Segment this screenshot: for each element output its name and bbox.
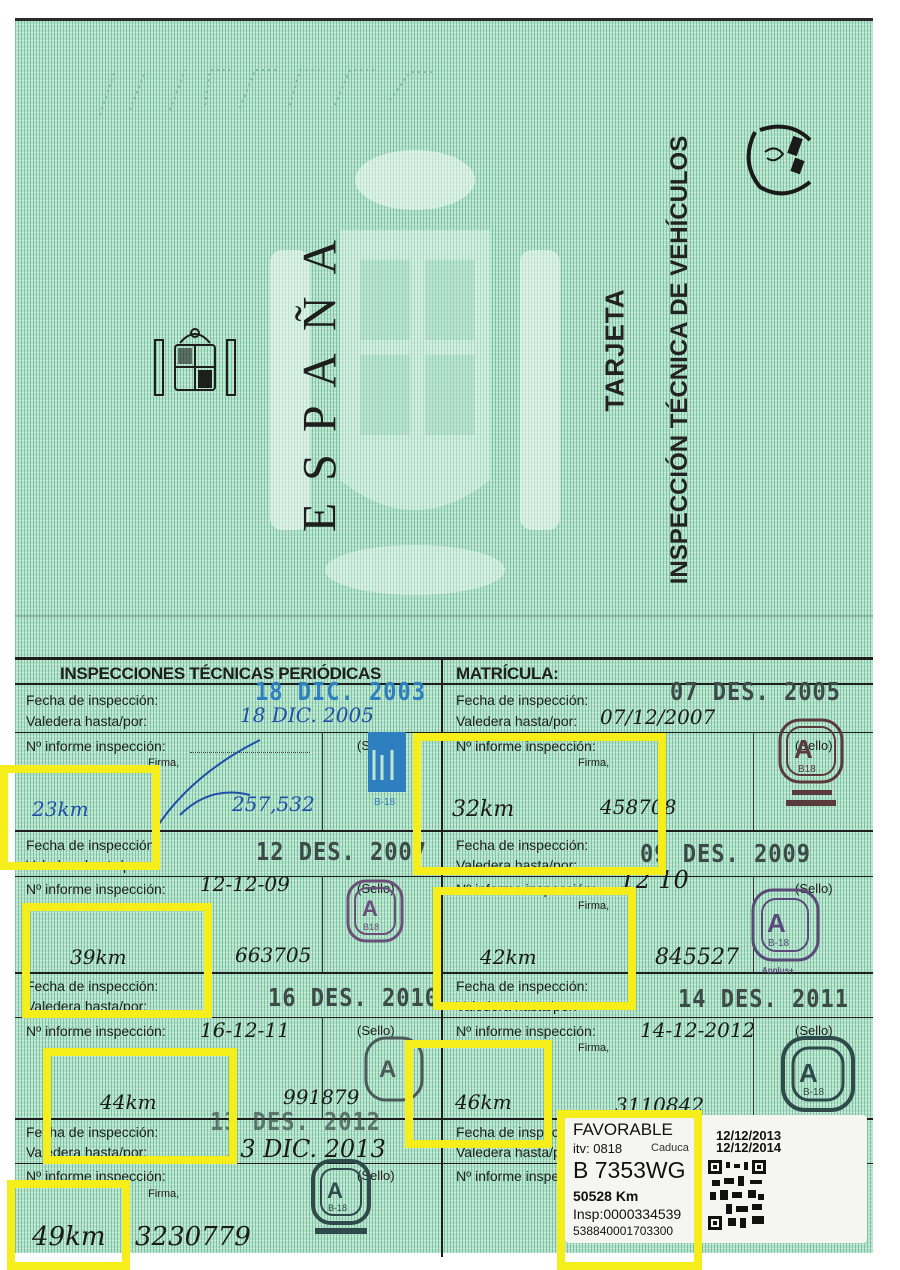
right-section-title: MATRÍCULA: (456, 664, 558, 684)
highlight-box (43, 1048, 237, 1164)
table-top-border (15, 657, 873, 660)
perforated-serial (90, 60, 450, 120)
label-informe: Nº informe inspección: (26, 881, 166, 897)
handwritten-report-no: 16-12-11 (200, 1018, 290, 1042)
svg-text:B-18: B-18 (328, 1203, 347, 1213)
applus-seal-icon: A B-18 (310, 1158, 372, 1238)
svg-text:A: A (767, 908, 786, 938)
label-firma: Firma, (148, 1188, 179, 1200)
country-text: ESPAÑA (293, 218, 348, 532)
highlight-box (0, 765, 160, 870)
label-informe: Nº informe inspección: (26, 1023, 166, 1039)
handwritten-number: 991879 (283, 1085, 359, 1109)
svg-text:B-18: B-18 (803, 1087, 825, 1098)
highlight-box (7, 1180, 130, 1270)
sticker-date-expiry: 12/12/2014 (716, 1140, 781, 1155)
svg-text:A: A (327, 1178, 343, 1203)
stamp-date: 07 DES. 2005 (670, 678, 841, 707)
svg-text:A: A (799, 1058, 818, 1088)
label-fecha: Fecha de inspección: (26, 692, 158, 708)
label-firma: Firma, (578, 1042, 609, 1054)
watermark-coat-of-arms (230, 140, 600, 610)
highlight-box (22, 903, 212, 1018)
signature-icon (150, 735, 270, 835)
applus-seal-icon: A B-18 (775, 1035, 865, 1125)
highlight-box (413, 733, 666, 875)
label-fecha: Fecha de inspección: (456, 692, 588, 708)
card-title: TARJETA (590, 270, 640, 430)
itv-seal-icon: B-18 (366, 730, 408, 810)
svg-text:B18: B18 (363, 922, 379, 932)
label-valedera: Valedera hasta/por: (26, 713, 147, 729)
handwritten-valid-until: 18 DIC. 2005 (240, 703, 374, 727)
svg-text:B-18: B-18 (374, 797, 396, 808)
country-title: ESPAÑA (290, 240, 350, 510)
cover-stamp-icon (735, 112, 825, 202)
handwritten-report-no: 12-12-09 (200, 872, 290, 896)
qr-code-icon (708, 1160, 766, 1230)
highlight-box (433, 887, 636, 1010)
handwritten-number: 663705 (235, 943, 311, 967)
svg-text:B18: B18 (798, 764, 816, 775)
fold-line (15, 615, 873, 617)
svg-text:A: A (379, 1056, 396, 1083)
coat-of-arms-icon (150, 325, 240, 410)
card-subtitle: INSPECCIÓN TÉCNICA DE VEHÍCULOS (660, 140, 700, 580)
highlight-box (405, 1040, 552, 1148)
label-valedera: Valedera hasta/por: (456, 713, 577, 729)
svg-text:A: A (794, 734, 813, 764)
svg-text:A: A (362, 896, 378, 921)
handwritten-valid-until: 07/12/2007 (600, 705, 715, 729)
label-informe: Nº informe inspección: (26, 738, 166, 754)
seal-divider (753, 732, 754, 830)
seal-divider (322, 732, 323, 830)
handwritten-number: 3230779 (135, 1222, 251, 1252)
stamp-date: 16 DES. 2010 (268, 984, 439, 1013)
handwritten-number: 845527 (655, 945, 739, 970)
card-title-text: TARJETA (600, 288, 631, 411)
applus-seal-icon: A B18 (345, 878, 405, 948)
label-informe: Nº informe inspección: (456, 1023, 596, 1039)
applus-seal-icon: A B-18 Applus+ (748, 885, 823, 980)
svg-text:Applus+: Applus+ (762, 966, 794, 975)
applus-seal-icon: A B18 (772, 712, 852, 812)
svg-text:B-18: B-18 (768, 938, 790, 949)
card-subtitle-text: INSPECCIÓN TÉCNICA DE VEHÍCULOS (666, 136, 694, 585)
handwritten-report-no: 14-12-2012 (640, 1018, 755, 1042)
highlight-box (557, 1110, 702, 1270)
seal-divider (322, 876, 323, 972)
stamp-date: 14 DES. 2011 (678, 985, 849, 1014)
stamp-date: 12 DES. 2007 (256, 838, 427, 867)
